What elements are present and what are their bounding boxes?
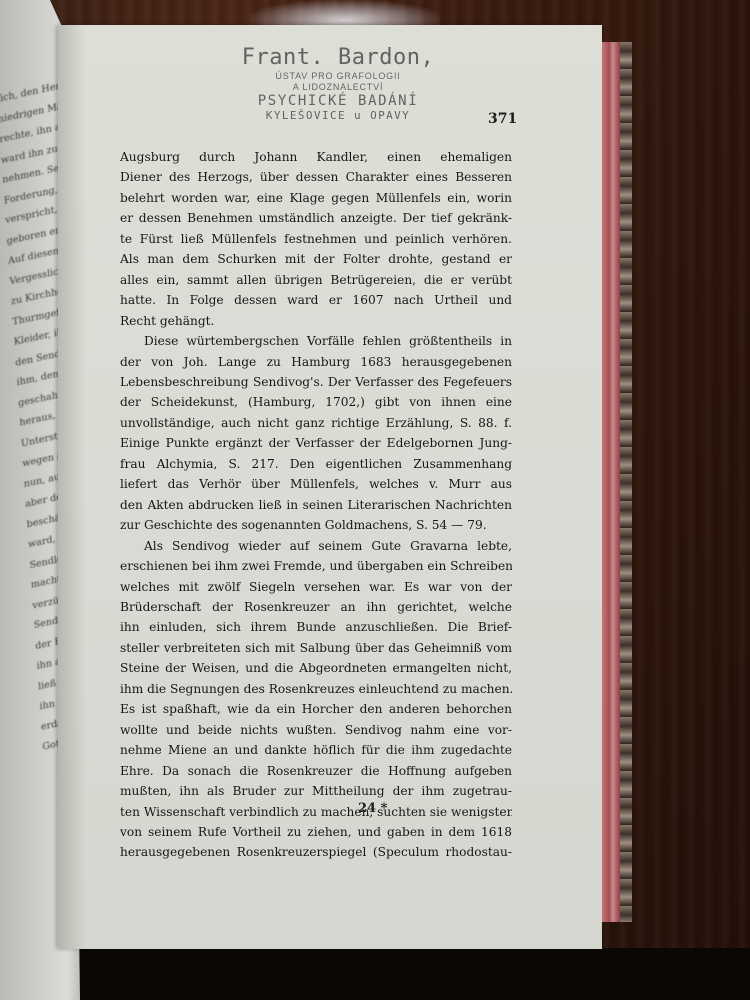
book-fore-edge [602,42,642,922]
text-line: liefert das Verhör über Müllenfels, welc… [120,474,512,494]
text-line: Steine der Weisen, und die Abgeordneten … [120,658,512,678]
text-line: Lebensbeschreibung Sendivog's. Der Verfa… [120,372,512,392]
text-line: den Akten abdrucken ließ in seinen Liter… [120,495,512,515]
text-line: steller verbreiteten sich mit Salbung üb… [120,638,512,658]
text-line: erschienen bei ihm zwei Fremde, und über… [120,556,512,576]
text-line: Diener des Herzogs, über dessen Charakte… [120,167,512,187]
text-line: er dessen Benehmen umständlich anzeigte.… [120,208,512,228]
text-line: mußten, ihn als Bruder zur Mittheilung d… [120,781,512,801]
text-line: Als man dem Schurken mit der Folter droh… [120,249,512,269]
text-line: unvollständige, auch nicht ganz richtige… [120,413,512,433]
text-line: Es ist spaßhaft, wie da ein Horcher den … [120,699,512,719]
text-line: Augsburg durch Johann Kandler, einen ehe… [120,147,512,167]
gutter-shadow [58,25,86,949]
stamp-owner-name: Frant. Bardon, [238,45,438,71]
page-number: 371 [488,111,517,127]
text-line: ten Wissenschaft verbindlich zu machen, … [120,802,512,822]
text-line: wollte und beide nichts wußten. Sendivog… [120,720,512,740]
text-line: te Fürst ließ Müllenfels festnehmen und … [120,229,512,249]
text-line: von seinem Rufe Vortheil zu ziehen, und … [120,822,512,842]
text-line: hatte. In Folge dessen ward er 1607 nach… [120,290,512,310]
signature-mark: 24 * [358,801,387,816]
text-line: Ehre. Da sonach die Rosenkreuzer die Hof… [120,761,512,781]
text-line: zur Geschichte des sogenannten Goldmache… [120,515,512,535]
text-line: belehrt worden war, eine Klage gegen Mül… [120,188,512,208]
stamp-line-3: PSYCHICKÉ BADÁNÍ [238,93,438,109]
text-line: der Scheidekunst, (Hamburg, 1702,) gibt … [120,392,512,412]
page-body-text: Augsburg durch Johann Kandler, einen ehe… [120,147,512,863]
text-line: frau Alchymia, S. 217. Den eigentlichen … [120,454,512,474]
marbled-cover-edge [620,42,632,922]
stamp-line-1: ÚSTAV PRO GRAFOLOGII [238,71,438,82]
library-stamp: Frant. Bardon, ÚSTAV PRO GRAFOLOGII A LI… [238,45,438,122]
text-line: alles ein, sammt allen übrigen Betrügere… [120,270,512,290]
text-line: der von Joh. Lange zu Hamburg 1683 herau… [120,352,512,372]
text-line: Einige Punkte ergänzt der Verfasser der … [120,433,512,453]
text-line: Recht gehängt. [120,311,512,331]
stamp-line-2: A LIDOZNALECTVÍ [238,82,438,93]
stamp-line-4: KYLEŠOVICE u OPAVY [238,109,438,122]
text-line: ihm die Segnungen des Rosenkreuzes einle… [120,679,512,699]
red-page-edge [602,42,620,922]
text-line: nehme Miene an und dankte höflich für di… [120,740,512,760]
text-line: Als Sendivog wieder auf seinem Gute Grav… [120,536,512,556]
text-line: Brüderschaft der Rosenkreuzer an ihn ger… [120,597,512,617]
text-line: ihn einluden, sich ihrem Bunde anzuschli… [120,617,512,637]
shadow-below-book [0,948,750,1000]
text-line: Diese würtembergschen Vorfälle fehlen gr… [120,331,512,351]
text-line: welches mit zwölf Siegeln versehen war. … [120,577,512,597]
book-page-371: Frant. Bardon, ÚSTAV PRO GRAFOLOGII A LI… [58,25,602,949]
text-line: herausgegebenen Rosenkreuzerspiegel (Spe… [120,842,512,862]
